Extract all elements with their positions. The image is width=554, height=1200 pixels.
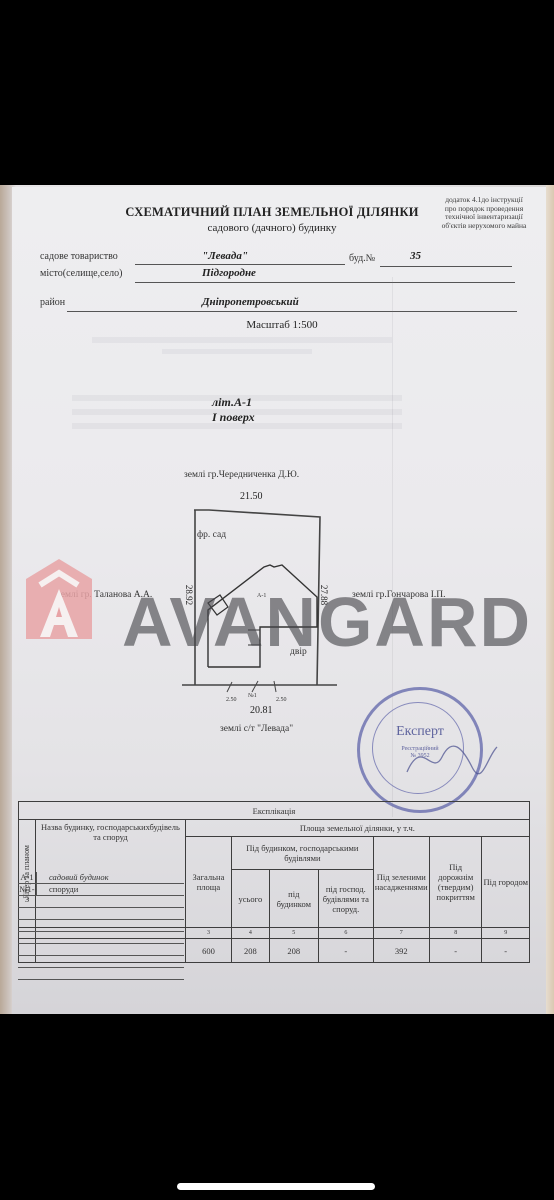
signature	[402, 727, 502, 787]
value-roads: -	[429, 939, 482, 963]
document-page: додаток 4.1до інструкції про порядок про…	[12, 187, 547, 1014]
col-number: 4	[232, 928, 269, 939]
value-house: 208	[269, 939, 319, 963]
col-number: 6	[319, 928, 374, 939]
col-number: 8	[429, 928, 482, 939]
value-green: 392	[373, 939, 429, 963]
col-garden: Під городом	[482, 837, 530, 928]
value-outbuildings: -	[319, 939, 374, 963]
col-number: 9	[482, 928, 530, 939]
col-number: 3	[185, 928, 231, 939]
explication-rows: А-1 садовий будинок №1-3 споруди	[18, 872, 184, 980]
home-indicator[interactable]	[177, 1183, 375, 1190]
col-all: усього	[232, 870, 269, 928]
avangard-logo-icon	[26, 559, 92, 639]
value-garden: -	[482, 939, 530, 963]
col-number: 5	[269, 928, 319, 939]
row-name: садовий будинок	[37, 872, 109, 883]
col-total: Загальна площа	[185, 837, 231, 928]
row-name: споруди	[37, 884, 78, 895]
row-litera: №1-3	[18, 884, 37, 895]
col-outbuildings: під господ. будівлями та споруд.	[319, 870, 374, 928]
table-row: №1-3 споруди	[18, 884, 184, 896]
group-buildings: Під будинком, господарськими будівлями	[232, 837, 373, 870]
col-green: Під зеленими насадженнями	[373, 837, 429, 928]
col-house: під будинком	[269, 870, 319, 928]
value-all: 208	[232, 939, 269, 963]
svg-text:№1: №1	[248, 693, 257, 699]
row-litera: А-1	[18, 872, 37, 883]
value-total: 600	[185, 939, 231, 963]
watermark-text: AVANGARD	[122, 582, 532, 662]
page-edge	[546, 185, 554, 1014]
document-photo: додаток 4.1до інструкції про порядок про…	[0, 185, 554, 1014]
svg-text:2.50: 2.50	[276, 697, 287, 703]
table-row: А-1 садовий будинок	[18, 872, 184, 884]
explication-title: Експлікація	[19, 802, 530, 820]
col-number: 7	[373, 928, 429, 939]
col-roads: Під дорожнім (твердим) покриттям	[429, 837, 482, 928]
svg-text:2.50: 2.50	[226, 697, 237, 703]
area-header: Площа земельної ділянки, у т.ч.	[185, 820, 529, 837]
